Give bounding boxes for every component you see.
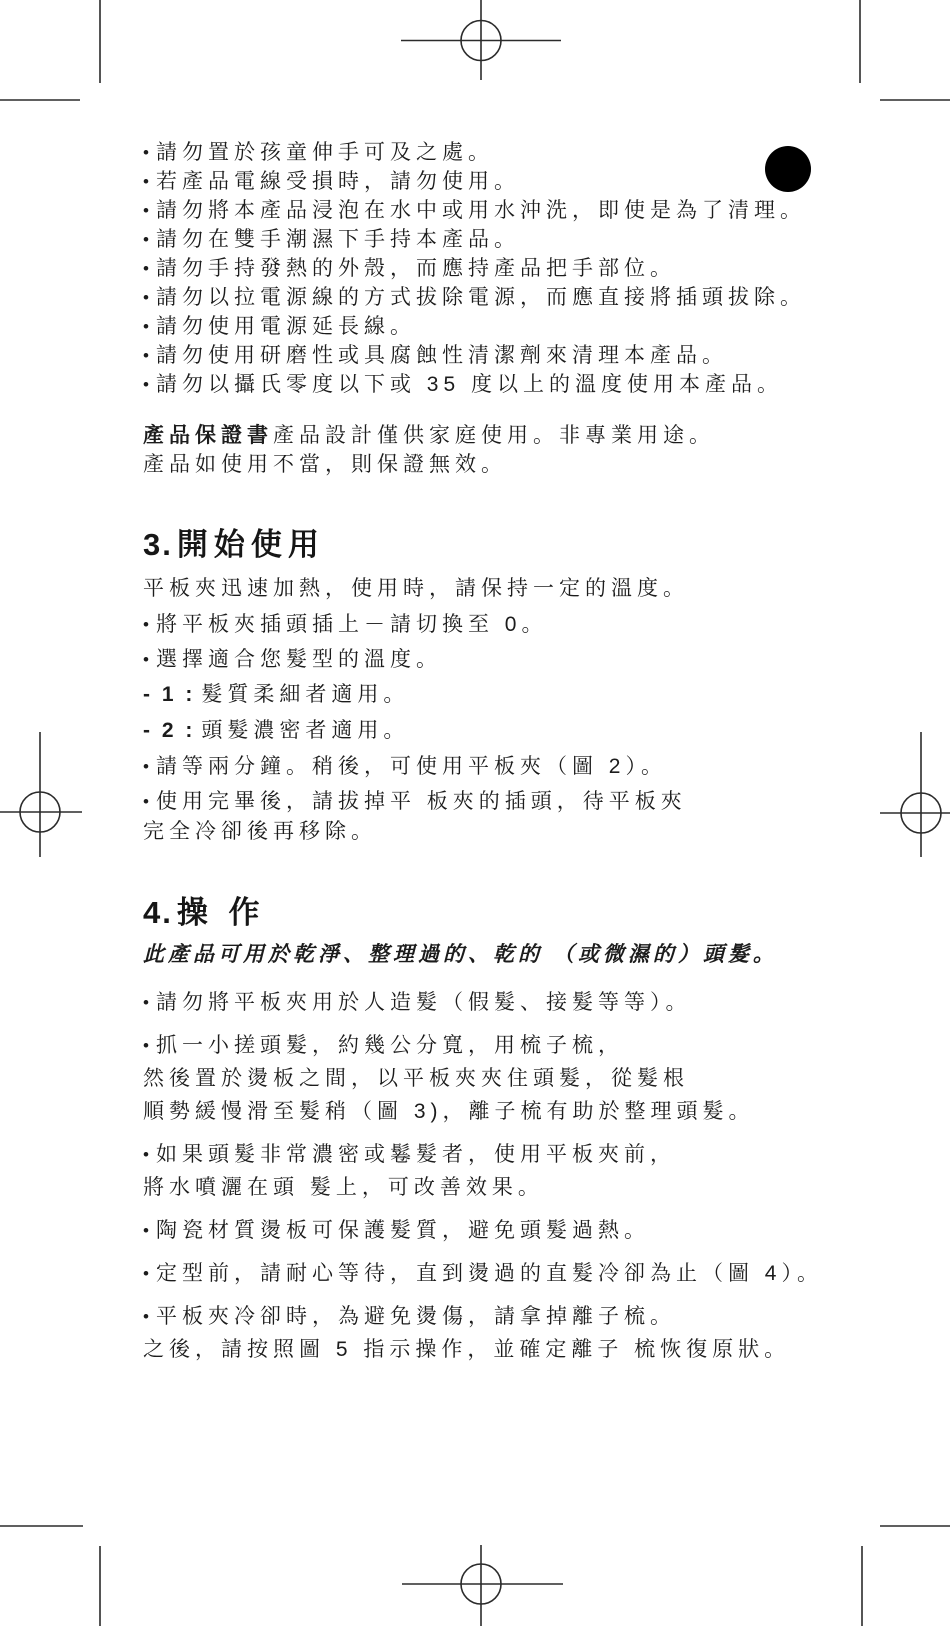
bullet-icon: • [143, 254, 149, 283]
instruction-line: 平板夾冷卻時，為避免燙傷，請拿掉離子梳。 [156, 1305, 676, 1328]
bullet-icon: • [143, 341, 149, 370]
section-operation-title: 操 作 [177, 895, 266, 930]
bullet-icon: • [143, 1214, 149, 1247]
start-bullets: •將平板夾插頭插上－請切換至 0。•選擇適合您髮型的溫度。 [143, 610, 903, 675]
crop-mark-bottom-right [862, 1526, 950, 1626]
temperature-setting-item: - 2 :頭髮濃密者適用。 [143, 716, 903, 746]
section-operation-heading: 4.操 作 [143, 887, 903, 932]
crosshair-top-center [401, 0, 561, 80]
bullet-icon: • [143, 283, 149, 312]
crop-mark-top-right [860, 0, 950, 100]
crosshair-bottom-center [402, 1545, 563, 1626]
instruction-item: •請勿將本產品浸泡在水中或用水沖洗，即使是為了清理。 [143, 196, 903, 225]
instruction-line: 順勢緩慢滑至髮稍（圖 3)，離子梳有助於整理頭髮。 [143, 1100, 755, 1123]
bullet-icon: • [143, 1029, 149, 1062]
warranty-line2: 產品如使用不當，則保證無效。 [143, 453, 507, 476]
bullet-icon: • [143, 138, 149, 167]
manual-page: •請勿置於孩童伸手可及之處。•若產品電線受損時，請勿使用。•請勿將本產品浸泡在水… [0, 0, 950, 1626]
setting-text: 頭髮濃密者適用。 [201, 719, 409, 742]
instruction-item: •若產品電線受損時，請勿使用。 [143, 167, 903, 196]
instruction-line: 請勿將平板夾用於人造髮（假髮、接髮等等）。 [156, 991, 692, 1014]
instruction-item: •平板夾冷卻時，為避免燙傷，請拿掉離子梳。之後，請按照圖 5 指示操作，並確定離… [143, 1300, 903, 1366]
instruction-line: 請勿將本產品浸泡在水中或用水沖洗，即使是為了清理。 [156, 199, 806, 222]
instruction-item: •請勿使用研磨性或具腐蝕性清潔劑來清理本產品。 [143, 341, 903, 370]
instruction-item: •請勿以拉電源線的方式拔除電源，而應直接將插頭拔除。 [143, 283, 903, 312]
bullet-icon: • [143, 1300, 149, 1333]
bullet-icon: • [143, 645, 149, 675]
instruction-item: •請勿將平板夾用於人造髮（假髮、接髮等等）。 [143, 986, 903, 1019]
instruction-item: •將平板夾插頭插上－請切換至 0。 [143, 610, 903, 640]
bullet-icon: • [143, 1257, 149, 1290]
bullet-icon: • [143, 787, 149, 817]
instruction-item: •定型前，請耐心等待，直到燙過的直髮冷卻為止（圖 4）。 [143, 1257, 903, 1290]
instruction-line: 然後置於燙板之間，以平板夾夾住頭髮，從髮根 [143, 1067, 689, 1090]
instruction-item: •請勿以攝氏零度以下或 35 度以上的溫度使用本產品。 [143, 370, 903, 399]
instruction-line: 若產品電線受損時，請勿使用。 [156, 170, 520, 193]
instruction-item: •抓一小搓頭髮，約幾公分寬，用梳子梳，然後置於燙板之間，以平板夾夾住頭髮，從髮根… [143, 1029, 903, 1128]
bullet-icon: • [143, 610, 149, 640]
bullet-icon: • [143, 167, 149, 196]
crosshair-left-middle [0, 732, 82, 857]
instruction-line: 完全冷卻後再移除。 [143, 820, 377, 843]
temperature-settings: - 1 :髮質柔細者適用。- 2 :頭髮濃密者適用。 [143, 680, 903, 746]
bullet-icon: • [143, 370, 149, 399]
instruction-item: •請勿在雙手潮濕下手持本產品。 [143, 225, 903, 254]
instruction-line: 使用完畢後，請拔掉平 板夾的插頭，待平板夾 [156, 790, 687, 813]
page-content: •請勿置於孩童伸手可及之處。•若產品電線受損時，請勿使用。•請勿將本產品浸泡在水… [143, 138, 903, 1376]
setting-text: 髮質柔細者適用。 [201, 683, 409, 706]
instruction-line: 陶瓷材質燙板可保護髮質，避免頭髮過熱。 [156, 1219, 650, 1242]
instruction-line: 請勿手持發熱的外殼，而應持產品把手部位。 [156, 257, 676, 280]
instruction-line: 請勿在雙手潮濕下手持本產品。 [156, 228, 520, 251]
instruction-line: 將水噴灑在頭 髮上，可改善效果。 [143, 1176, 544, 1199]
instruction-line: 請等兩分鐘。稍後，可使用平板夾（圖 2）。 [156, 755, 667, 778]
instruction-line: 如果頭髮非常濃密或鬈髮者，使用平板夾前， [156, 1143, 676, 1166]
crop-mark-bottom-left [0, 1526, 100, 1626]
instruction-item: •請勿置於孩童伸手可及之處。 [143, 138, 903, 167]
section-operation-intro: 此產品可用於乾淨、整理過的、乾的 （或微濕的）頭髮。 [143, 940, 903, 970]
section-start-number: 3. [143, 527, 173, 562]
setting-label: - 2 : [143, 719, 195, 742]
instruction-line: 將平板夾插頭插上－請切換至 0。 [156, 613, 548, 636]
bullet-icon: • [143, 225, 149, 254]
instruction-item: •選擇適合您髮型的溫度。 [143, 645, 903, 675]
section-start-title: 開始使用 [177, 527, 325, 562]
instruction-line: 請勿使用電源延長線。 [156, 315, 416, 338]
temperature-setting-item: - 1 :髮質柔細者適用。 [143, 680, 903, 710]
instruction-item: •陶瓷材質燙板可保護髮質，避免頭髮過熱。 [143, 1214, 903, 1247]
instruction-item: •如果頭髮非常濃密或鬈髮者，使用平板夾前，將水噴灑在頭 髮上，可改善效果。 [143, 1138, 903, 1204]
bullet-icon: • [143, 312, 149, 341]
section-operation-number: 4. [143, 895, 173, 930]
section-start-heading: 3.開始使用 [143, 519, 903, 564]
operation-bullets: •請勿將平板夾用於人造髮（假髮、接髮等等）。•抓一小搓頭髮，約幾公分寬，用梳子梳… [143, 986, 903, 1366]
instruction-line: 請勿以拉電源線的方式拔除電源，而應直接將插頭拔除。 [156, 286, 806, 309]
instruction-line: 請勿使用研磨性或具腐蝕性清潔劑來清理本產品。 [156, 344, 728, 367]
instruction-line: 之後，請按照圖 5 指示操作，並確定離子 梳恢復原狀。 [143, 1338, 790, 1361]
crop-mark-top-left [0, 0, 100, 100]
instruction-item: •使用完畢後，請拔掉平 板夾的插頭，待平板夾完全冷卻後再移除。 [143, 787, 903, 847]
setting-label: - 1 : [143, 683, 195, 706]
instruction-item: •請勿手持發熱的外殼，而應持產品把手部位。 [143, 254, 903, 283]
instruction-item: •請勿使用電源延長線。 [143, 312, 903, 341]
warranty-label: 產品保證書 [143, 424, 273, 447]
bullet-icon: • [143, 752, 149, 782]
warranty-text: 產品設計僅供家庭使用。非專業用途。 [273, 424, 715, 447]
instruction-line: 選擇適合您髮型的溫度。 [156, 648, 442, 671]
bullet-icon: • [143, 1138, 149, 1171]
instruction-item: •請等兩分鐘。稍後，可使用平板夾（圖 2）。 [143, 752, 903, 782]
instruction-line: 請勿以攝氏零度以下或 35 度以上的溫度使用本產品。 [156, 373, 783, 396]
instruction-line: 定型前，請耐心等待，直到燙過的直髮冷卻為止（圖 4）。 [156, 1262, 823, 1285]
instruction-line: 請勿置於孩童伸手可及之處。 [156, 141, 494, 164]
bullet-icon: • [143, 196, 149, 225]
safety-list: •請勿置於孩童伸手可及之處。•若產品電線受損時，請勿使用。•請勿將本產品浸泡在水… [143, 138, 903, 399]
section-start-intro: 平板夾迅速加熱，使用時，請保持一定的溫度。 [143, 574, 903, 604]
warranty-paragraph: 產品保證書產品設計僅供家庭使用。非專業用途。產品如使用不當，則保證無效。 [143, 421, 903, 479]
start-bullets-2: •請等兩分鐘。稍後，可使用平板夾（圖 2）。•使用完畢後，請拔掉平 板夾的插頭，… [143, 752, 903, 847]
bullet-icon: • [143, 986, 149, 1019]
instruction-line: 抓一小搓頭髮，約幾公分寬，用梳子梳， [156, 1034, 624, 1057]
